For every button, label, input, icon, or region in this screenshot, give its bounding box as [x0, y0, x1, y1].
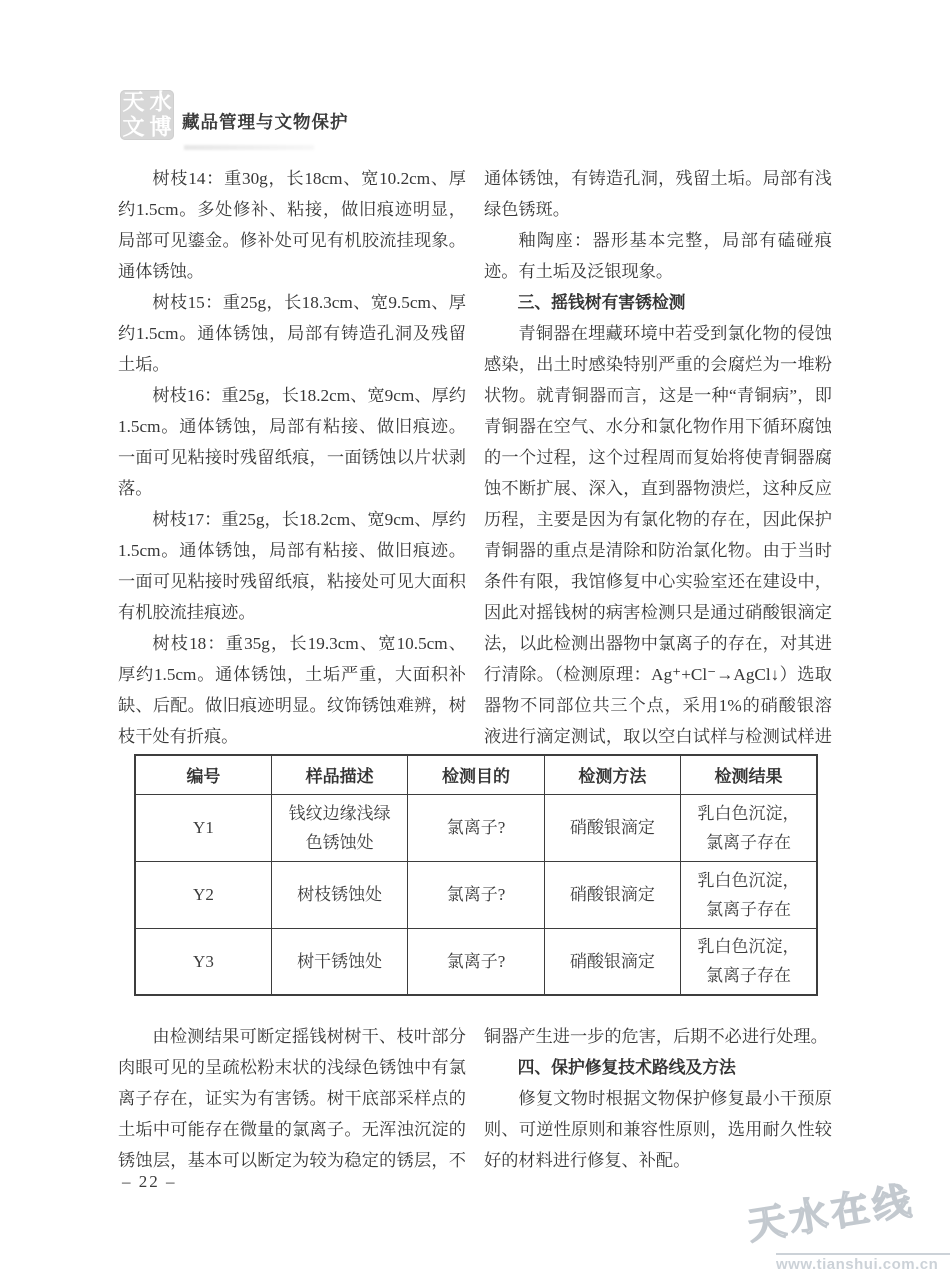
page-header: 天 水 文 博 藏品管理与文物保护 — [118, 89, 718, 149]
table-row: Y3 树干锈蚀处 氯离子? 硝酸银滴定 乳白色沉淀，氯离子存在 — [135, 928, 817, 995]
table-header-row: 编号 样品描述 检测目的 检测方法 检测结果 — [135, 755, 817, 794]
document-page: 天 水 文 博 藏品管理与文物保护 树枝14：重30g，长18cm、宽10.2c… — [0, 0, 950, 1279]
lower-text-columns: 由检测结果可断定摇钱树树干、枝叶部分肉眼可见的呈疏松粉末状的浅绿色锈蚀中有氯离子… — [118, 1021, 832, 1179]
paragraph-conclusion: 由检测结果可断定摇钱树树干、枝叶部分肉眼可见的呈疏松粉末状的浅绿色锈蚀中有氯离子… — [118, 1021, 466, 1179]
paragraph-branch-15: 树枝15：重25g，长18.3cm、宽9.5cm、厚约1.5cm。通体锈蚀，局部… — [118, 287, 466, 380]
detection-table-container: 编号 样品描述 检测目的 检测方法 检测结果 Y1 钱纹边缘浅绿色锈蚀处 氯离子… — [134, 754, 818, 996]
cell-purpose: 氯离子? — [408, 928, 544, 995]
table-row: Y1 钱纹边缘浅绿色锈蚀处 氯离子? 硝酸银滴定 乳白色沉淀，氯离子存在 — [135, 794, 817, 861]
cell-purpose: 氯离子? — [408, 794, 544, 861]
paragraph-branch-14: 树枝14：重30g，长18cm、宽10.2cm、厚约1.5cm。多处修补、粘接，… — [118, 163, 466, 287]
left-column: 树枝14：重30g，长18cm、宽10.2cm、厚约1.5cm。多处修补、粘接，… — [118, 163, 466, 754]
paragraph-branch-16: 树枝16：重25g，长18.2cm、宽9cm、厚约1.5cm。通体锈蚀，局部有粘… — [118, 380, 466, 504]
page-number: – 22 – — [122, 1172, 177, 1192]
cell-id: Y2 — [135, 861, 271, 928]
seal-char: 博 — [149, 116, 171, 138]
paragraph-glazed-base: 釉陶座：器形基本完整，局部有磕碰痕迹。有土垢及泛银现象。 — [484, 225, 832, 287]
cell-sample: 钱纹边缘浅绿色锈蚀处 — [271, 794, 407, 861]
paragraph-restoration-principles: 修复文物时根据文物保护修复最小干预原则、可逆性原则和兼容性原则，选用耐久性较好的… — [484, 1083, 832, 1176]
col-header-purpose: 检测目的 — [408, 755, 544, 794]
heading-3-harmful-rust-detection: 三、摇钱树有害锈检测 — [484, 287, 832, 318]
cell-id: Y1 — [135, 794, 271, 861]
title-underline-decoration — [184, 145, 314, 150]
cell-method: 硝酸银滴定 — [544, 928, 680, 995]
cell-purpose: 氯离子? — [408, 861, 544, 928]
seal-char: 水 — [149, 91, 171, 113]
right-column: 通体锈蚀，有铸造孔洞，残留土垢。局部有浅绿色锈斑。 釉陶座：器形基本完整，局部有… — [484, 163, 832, 754]
paragraph-branch-20-continuation: 通体锈蚀，有铸造孔洞，残留土垢。局部有浅绿色锈斑。 — [484, 163, 832, 225]
cell-sample: 树枝锈蚀处 — [271, 861, 407, 928]
watermark-underline: www.tianshui.com.cn — [776, 1253, 950, 1274]
cell-method: 硝酸银滴定 — [544, 861, 680, 928]
seal-char: 文 — [122, 116, 144, 138]
upper-text-columns: 树枝14：重30g，长18cm、宽10.2cm、厚约1.5cm。多处修补、粘接，… — [118, 163, 832, 754]
cell-id: Y3 — [135, 928, 271, 995]
paragraph-branch-17: 树枝17：重25g，长18.2cm、宽9cm、厚约1.5cm。通体锈蚀，局部有粘… — [118, 504, 466, 628]
cell-sample: 树干锈蚀处 — [271, 928, 407, 995]
tianshui-online-watermark: 天水在线 www.tianshui.com.cn — [752, 1195, 950, 1250]
seal-char: 天 — [122, 91, 144, 113]
cell-result: 乳白色沉淀，氯离子存在 — [681, 794, 817, 861]
col-header-result: 检测结果 — [681, 755, 817, 794]
section-title: 藏品管理与文物保护 — [182, 109, 349, 134]
col-header-method: 检测方法 — [544, 755, 680, 794]
cell-result: 乳白色沉淀，氯离子存在 — [681, 861, 817, 928]
paragraph-bronze-disease-detection: 青铜器在埋藏环境中若受到氯化物的侵蚀感染，出土时感染特别严重的会腐烂为一堆粉状物… — [484, 318, 832, 754]
tianshui-wenbo-seal-logo: 天 水 文 博 — [120, 90, 174, 140]
paragraph-conclusion-continuation: 铜器产生进一步的危害，后期不必进行处理。 — [484, 1021, 832, 1052]
cell-method: 硝酸银滴定 — [544, 794, 680, 861]
right-column: 铜器产生进一步的危害，后期不必进行处理。 四、保护修复技术路线及方法 修复文物时… — [484, 1021, 832, 1179]
detection-results-table: 编号 样品描述 检测目的 检测方法 检测结果 Y1 钱纹边缘浅绿色锈蚀处 氯离子… — [134, 754, 818, 996]
table-row: Y2 树枝锈蚀处 氯离子? 硝酸银滴定 乳白色沉淀，氯离子存在 — [135, 861, 817, 928]
heading-4-restoration-methods: 四、保护修复技术路线及方法 — [484, 1052, 832, 1083]
col-header-id: 编号 — [135, 755, 271, 794]
cell-result: 乳白色沉淀，氯离子存在 — [681, 928, 817, 995]
col-header-sample: 样品描述 — [271, 755, 407, 794]
watermark-url: www.tianshui.com.cn — [776, 1256, 938, 1273]
paragraph-branch-18: 树枝18：重35g，长19.3cm、宽10.5cm、厚约1.5cm。通体锈蚀，土… — [118, 628, 466, 752]
left-column: 由检测结果可断定摇钱树树干、枝叶部分肉眼可见的呈疏松粉末状的浅绿色锈蚀中有氯离子… — [118, 1021, 466, 1179]
